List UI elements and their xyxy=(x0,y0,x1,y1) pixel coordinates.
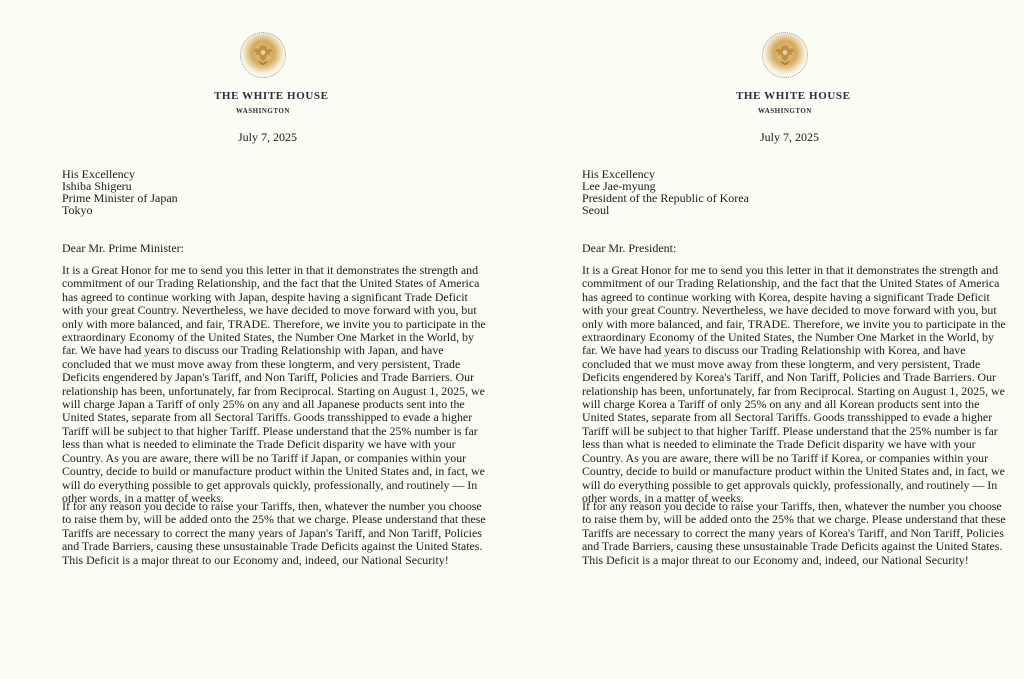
letter-date: July 7, 2025 xyxy=(238,130,297,145)
address-line: Tokyo xyxy=(62,204,178,216)
body-paragraph-2: If for any reason you decide to raise yo… xyxy=(582,500,1006,567)
text-line: Deficits engendered by Korea's Tariff, a… xyxy=(582,371,1006,384)
text-line: and Trade Barriers, causing these unsust… xyxy=(582,540,1006,553)
letterhead-subtitle: WASHINGTON xyxy=(236,107,290,115)
text-line: United States, separate from all Sectora… xyxy=(62,411,486,424)
text-line: concluded that we must move away from th… xyxy=(62,358,486,371)
text-line: less than what is needed to eliminate th… xyxy=(62,438,486,451)
text-line: It is a Great Honor for me to send you t… xyxy=(62,264,486,277)
letterhead-title: THE WHITE HOUSE xyxy=(214,90,329,102)
text-line: Tariffs are necessary to correct the man… xyxy=(582,527,1006,540)
salutation: Dear Mr. President: xyxy=(582,241,676,256)
text-line: has agreed to continue working with Kore… xyxy=(582,291,1006,304)
text-line: far. We have had years to discuss our Tr… xyxy=(62,344,486,357)
text-line: relationship has been, unfortunately, fa… xyxy=(62,385,486,398)
body-paragraph-1: It is a Great Honor for me to send you t… xyxy=(582,264,1006,505)
text-line: concluded that we must move away from th… xyxy=(582,358,1006,371)
text-line: commitment of our Trading Relationship, … xyxy=(62,277,486,290)
letter-date: July 7, 2025 xyxy=(760,130,819,145)
body-paragraph-1: It is a Great Honor for me to send you t… xyxy=(62,264,486,505)
text-line: extraordinary Economy of the United Stat… xyxy=(582,331,1006,344)
text-line: This Deficit is a major threat to our Ec… xyxy=(62,554,486,567)
text-line: Country, decide to build or manufacture … xyxy=(62,465,486,478)
salutation: Dear Mr. Prime Minister: xyxy=(62,241,184,256)
text-line: only with more balanced, and fair, TRADE… xyxy=(582,318,1006,331)
text-line: It is a Great Honor for me to send you t… xyxy=(582,264,1006,277)
text-line: Country. As you are aware, there will be… xyxy=(582,452,1006,465)
text-line: has agreed to continue working with Japa… xyxy=(62,291,486,304)
text-line: will do everything possible to get appro… xyxy=(582,479,1006,492)
eagle-icon xyxy=(248,39,278,69)
letter-japan: THE WHITE HOUSE WASHINGTON July 7, 2025 … xyxy=(0,0,512,679)
presidential-seal-icon xyxy=(240,32,286,78)
recipient-address: His Excellency Lee Jae-myung President o… xyxy=(582,168,749,216)
text-line: will charge Japan a Tariff of only 25% o… xyxy=(62,398,486,411)
letterhead-title: THE WHITE HOUSE xyxy=(736,90,851,102)
text-line: If for any reason you decide to raise yo… xyxy=(62,500,486,513)
text-line: If for any reason you decide to raise yo… xyxy=(582,500,1006,513)
text-line: Country. As you are aware, there will be… xyxy=(62,452,486,465)
text-line: less than what is needed to eliminate th… xyxy=(582,438,1006,451)
text-line: Deficits engendered by Japan's Tariff, a… xyxy=(62,371,486,384)
recipient-address: His Excellency Ishiba Shigeru Prime Mini… xyxy=(62,168,178,216)
text-line: relationship has been, unfortunately, fa… xyxy=(582,385,1006,398)
text-line: Tariff will be subject to that higher Ta… xyxy=(582,425,1006,438)
text-line: commitment of our Trading Relationship, … xyxy=(582,277,1006,290)
text-line: with your great Country. Nevertheless, w… xyxy=(582,304,1006,317)
eagle-icon xyxy=(770,39,800,69)
letter-korea: THE WHITE HOUSE WASHINGTON July 7, 2025 … xyxy=(512,0,1024,679)
address-line: Seoul xyxy=(582,204,749,216)
text-line: United States, separate from all Sectora… xyxy=(582,411,1006,424)
text-line: to raise them by, will be added onto the… xyxy=(62,513,486,526)
body-paragraph-2: If for any reason you decide to raise yo… xyxy=(62,500,486,567)
text-line: only with more balanced, and fair, TRADE… xyxy=(62,318,486,331)
text-line: extraordinary Economy of the United Stat… xyxy=(62,331,486,344)
text-line: Tariff will be subject to that higher Ta… xyxy=(62,425,486,438)
text-line: far. We have had years to discuss our Tr… xyxy=(582,344,1006,357)
presidential-seal-icon xyxy=(762,32,808,78)
text-line: and Trade Barriers, causing these unsust… xyxy=(62,540,486,553)
letterhead-subtitle: WASHINGTON xyxy=(758,107,812,115)
text-line: will do everything possible to get appro… xyxy=(62,479,486,492)
text-line: Country, decide to build or manufacture … xyxy=(582,465,1006,478)
text-line: This Deficit is a major threat to our Ec… xyxy=(582,554,1006,567)
text-line: will charge Korea a Tariff of only 25% o… xyxy=(582,398,1006,411)
text-line: to raise them by, will be added onto the… xyxy=(582,513,1006,526)
text-line: Tariffs are necessary to correct the man… xyxy=(62,527,486,540)
text-line: with your great Country. Nevertheless, w… xyxy=(62,304,486,317)
